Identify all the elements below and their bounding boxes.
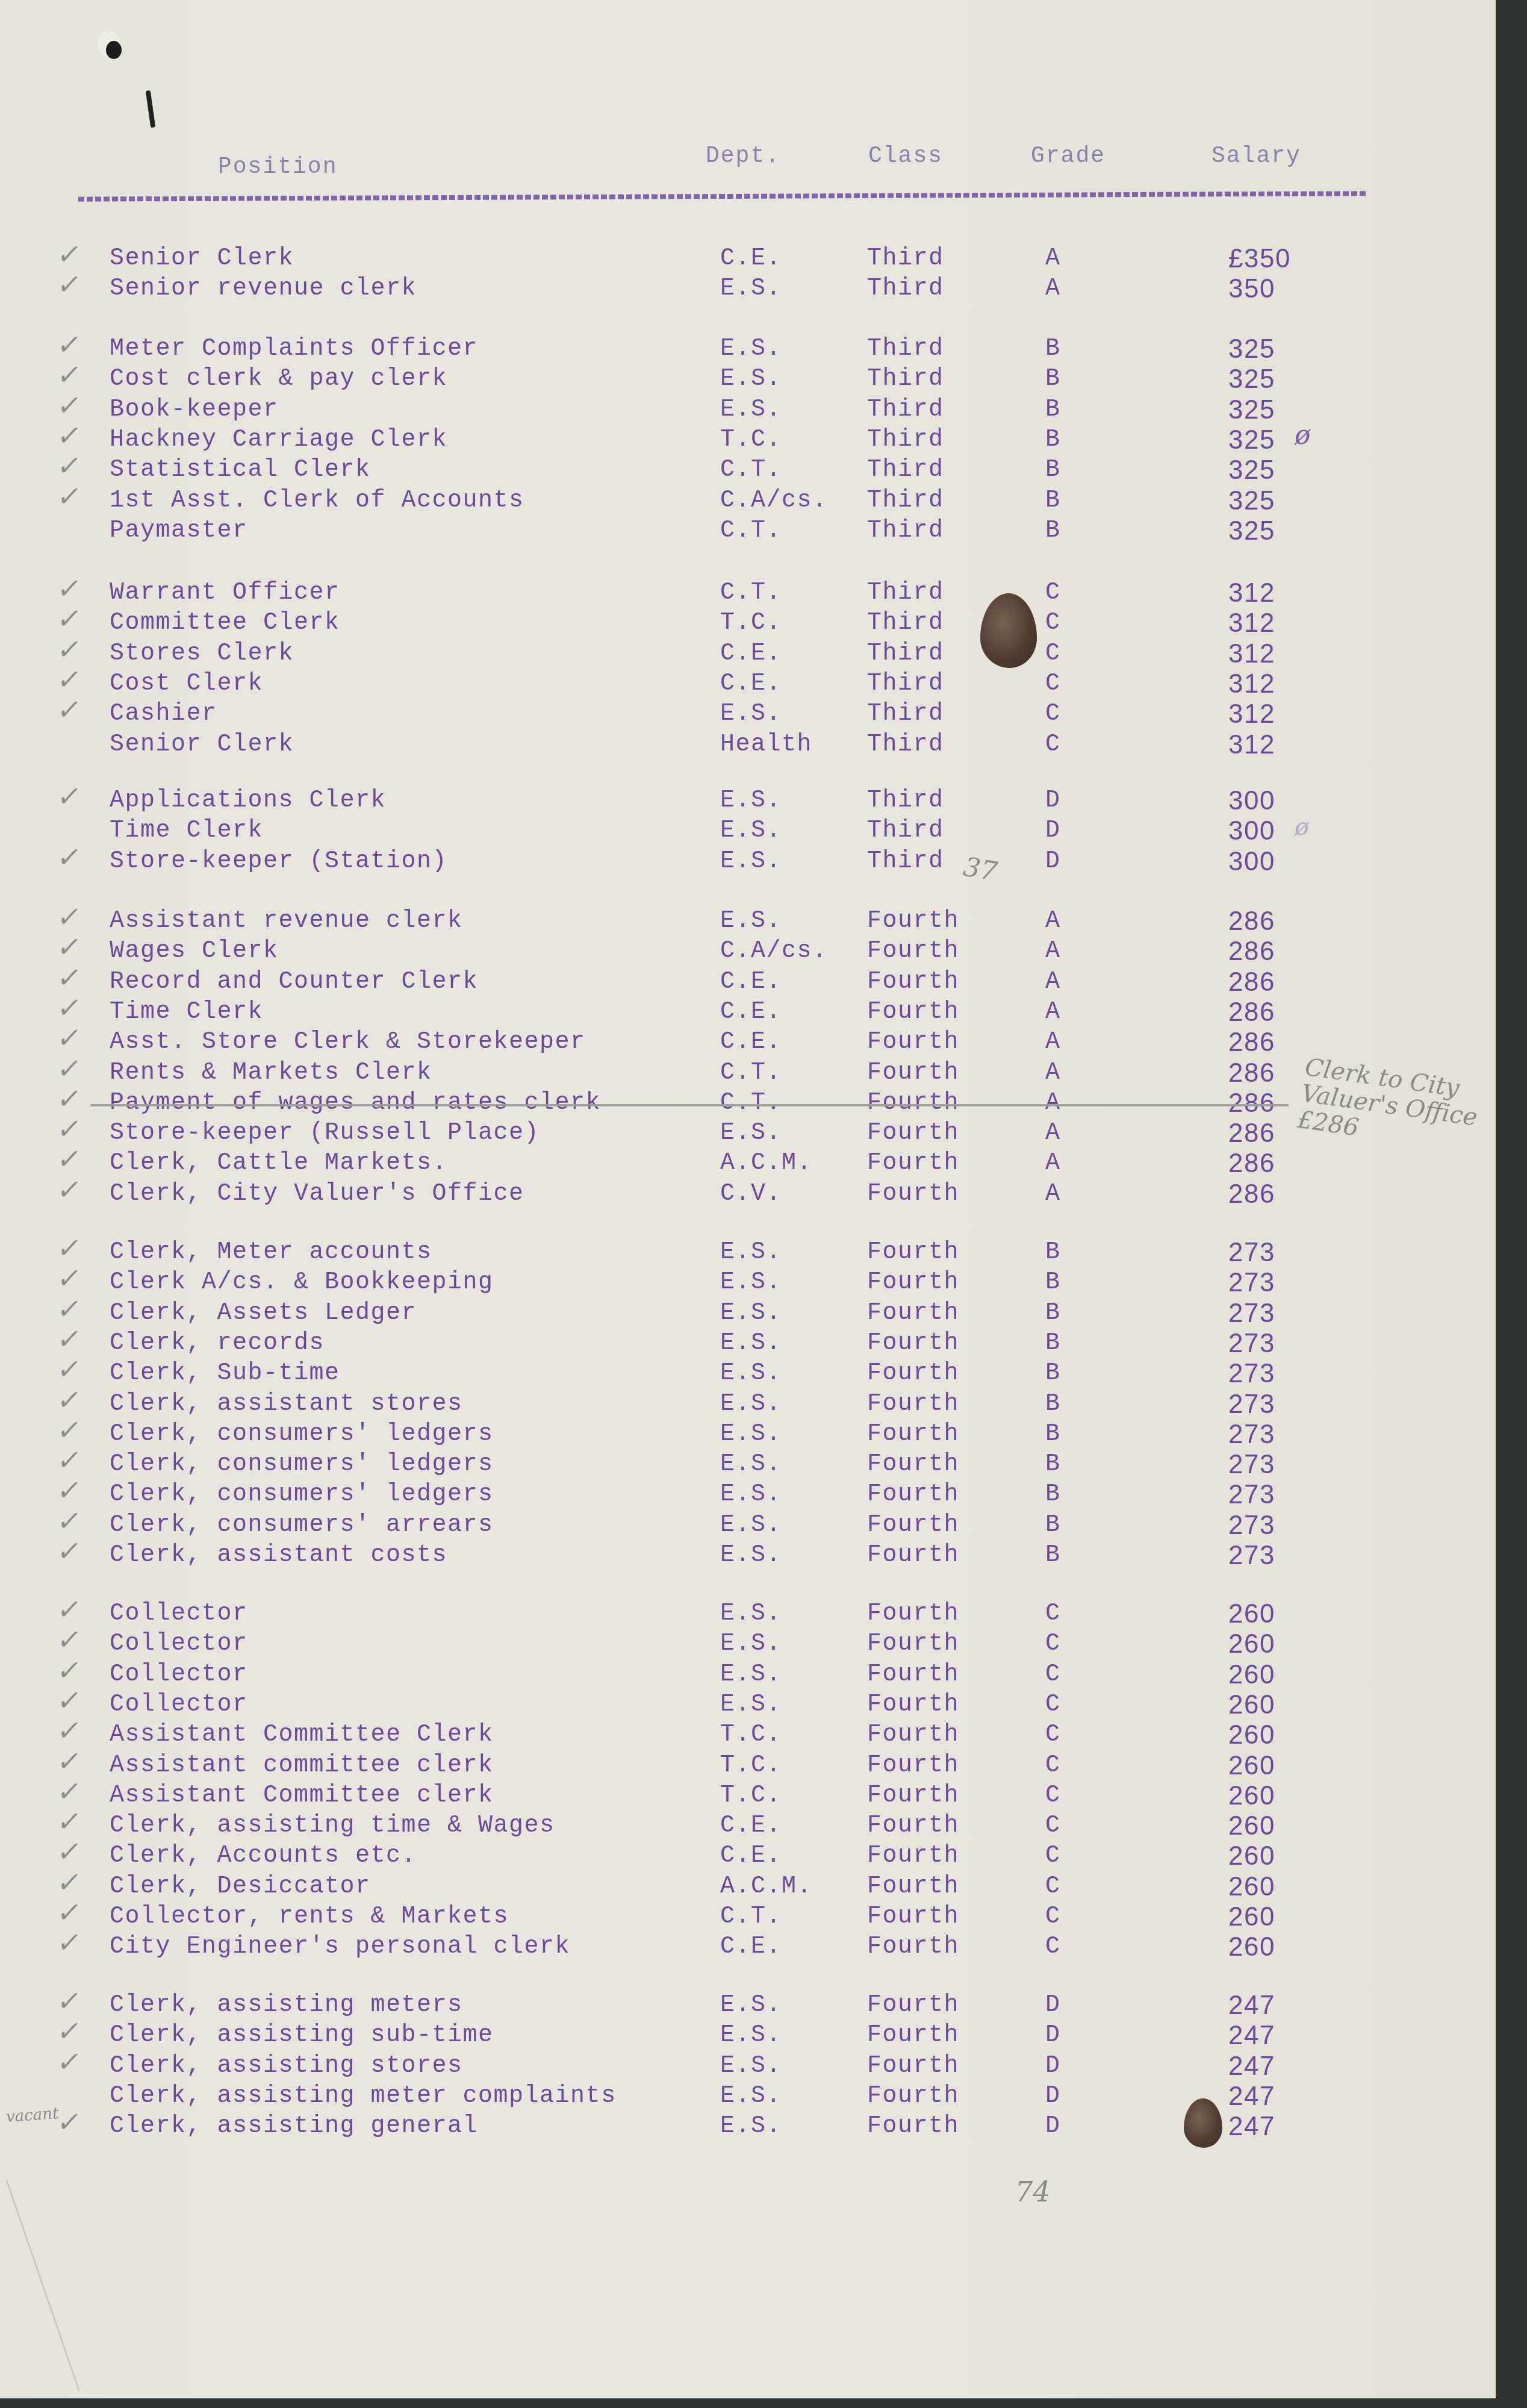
dept-cell: E.S.: [720, 1329, 782, 1359]
position-cell: Clerk, City Valuer's Office: [110, 1179, 524, 1209]
table-row: ✓Clerk, City Valuer's OfficeC.V.FourthA2…: [0, 1179, 1496, 1209]
check-mark-icon: ✓: [55, 1114, 85, 1144]
header-salary: Salary: [1211, 143, 1301, 169]
position-cell: 1st Asst. Clerk of Accounts: [110, 486, 524, 516]
grade-cell: C: [1045, 1902, 1061, 1932]
position-cell: Clerk, Sub-time: [110, 1359, 340, 1389]
salary-cell: 286: [1228, 997, 1275, 1028]
salary-cell: 273: [1228, 1329, 1275, 1359]
salary-cell: 260: [1228, 1720, 1275, 1750]
class-cell: Fourth: [867, 2082, 959, 2112]
grade-cell: D: [1045, 847, 1061, 877]
check-mark-icon: ✓: [55, 962, 85, 993]
check-mark-icon: ✓: [55, 1415, 85, 1445]
check-mark-icon: ✓: [55, 1475, 85, 1505]
class-cell: Third: [867, 274, 944, 304]
class-cell: Fourth: [867, 1599, 959, 1629]
class-cell: Fourth: [867, 1781, 959, 1811]
salary-cell: 286: [1228, 1118, 1275, 1149]
dept-cell: E.S.: [720, 906, 782, 937]
grade-cell: C: [1045, 639, 1061, 669]
salary-cell: 300: [1228, 847, 1275, 877]
check-mark-icon: ✓: [55, 1324, 85, 1354]
table-row: ✓Clerk, assisting storesE.S.FourthD247: [0, 2051, 1496, 2082]
salary-cell: 247: [1228, 2112, 1275, 2142]
position-cell: Payment of wages and rates clerk: [110, 1088, 601, 1118]
class-cell: Fourth: [867, 1932, 959, 1962]
dept-cell: E.S.: [720, 2051, 782, 2082]
table-row: ✓Senior revenue clerkE.S.ThirdA350: [0, 274, 1496, 304]
salary-cell: 286: [1228, 1179, 1275, 1209]
table-row: ✓Stores ClerkC.E.ThirdC312: [0, 639, 1496, 669]
class-cell: Fourth: [867, 1690, 959, 1720]
class-cell: Fourth: [867, 997, 959, 1028]
grade-cell: A: [1045, 1088, 1061, 1118]
salary-cell: 312: [1228, 608, 1275, 638]
dept-cell: E.S.: [720, 1268, 782, 1298]
check-mark-icon: ✓: [55, 2107, 85, 2137]
document-page: Position Dept. Class Grade Salary ✓Senio…: [0, 0, 1496, 2398]
salary-cell: 325: [1228, 455, 1275, 485]
class-cell: Fourth: [867, 1118, 959, 1149]
salary-cell: 260: [1228, 1599, 1275, 1629]
table-row: ✓Clerk, consumers' ledgersE.S.FourthB273: [0, 1450, 1496, 1480]
strike-through-line: [90, 1104, 1289, 1106]
position-cell: Cost clerk & pay clerk: [110, 364, 447, 395]
grade-cell: A: [1045, 906, 1061, 937]
grade-cell: B: [1045, 1299, 1061, 1329]
grade-cell: B: [1045, 455, 1061, 485]
salary-cell: 300: [1228, 786, 1275, 816]
dept-cell: C.T.: [720, 455, 782, 485]
table-row: ✓Collector, rents & MarketsC.T.FourthC26…: [0, 1902, 1496, 1932]
table-row: ✓Assistant Committee ClerkT.C.FourthC260: [0, 1720, 1496, 1750]
grade-cell: C: [1045, 1932, 1061, 1962]
header-class: Class: [868, 143, 943, 169]
class-cell: Third: [867, 486, 944, 516]
table-row: ✓Clerk, recordsE.S.FourthB273: [0, 1329, 1496, 1359]
salary-cell: 350: [1228, 274, 1275, 304]
salary-cell: 286: [1228, 1058, 1275, 1088]
grade-cell: B: [1045, 1329, 1061, 1359]
dept-cell: T.C.: [720, 1720, 782, 1750]
position-cell: Clerk, Meter accounts: [110, 1238, 432, 1268]
dept-cell: E.S.: [720, 1238, 782, 1268]
table-row: ✓Wages ClerkC.A/cs.FourthA286: [0, 937, 1496, 967]
class-cell: Fourth: [867, 1660, 959, 1690]
table-header: Position Dept. Class Grade Salary: [0, 143, 1496, 179]
folio-number: 74: [1015, 2176, 1051, 2208]
table-row: ✓City Engineer's personal clerkC.E.Fourt…: [0, 1932, 1496, 1962]
salary-cell: 286: [1228, 1088, 1275, 1118]
header-rule: [78, 191, 1367, 201]
check-mark-icon: ✓: [55, 1053, 85, 1084]
check-mark-icon: ✓: [55, 694, 85, 725]
grade-cell: C: [1045, 1872, 1061, 1902]
grade-cell: B: [1045, 1511, 1061, 1541]
dept-cell: E.S.: [720, 2112, 782, 2142]
header-dept: Dept.: [706, 143, 780, 169]
class-cell: Fourth: [867, 1902, 959, 1932]
dept-cell: E.S.: [720, 1420, 782, 1450]
grade-cell: B: [1045, 486, 1061, 516]
position-cell: Stores Clerk: [110, 639, 294, 669]
class-cell: Fourth: [867, 1238, 959, 1268]
salary-cell: 260: [1228, 1841, 1275, 1871]
table-row: ✓Clerk, assisting generalE.S.FourthD247: [0, 2112, 1496, 2142]
dept-cell: T.C.: [720, 1781, 782, 1811]
check-mark-icon: ✓: [55, 2016, 85, 2046]
salary-cell: 325: [1228, 516, 1275, 546]
class-cell: Third: [867, 730, 944, 760]
dept-cell: T.C.: [720, 608, 782, 638]
dept-cell: E.S.: [720, 786, 782, 816]
position-cell: Assistant Committee clerk: [110, 1781, 494, 1811]
grade-cell: B: [1045, 1238, 1061, 1268]
table-row: ✓Cost ClerkC.E.ThirdC312: [0, 669, 1496, 699]
check-mark-icon: ✓: [55, 1385, 85, 1415]
grade-cell: B: [1045, 395, 1061, 425]
check-mark-icon: ✓: [55, 634, 85, 664]
vacant-mark: vacant: [5, 2104, 59, 2126]
table-row: ✓Assistant revenue clerkE.S.FourthA286: [0, 906, 1496, 937]
table-row: ✓Clerk, Sub-timeE.S.FourthB273: [0, 1359, 1496, 1389]
check-mark-icon: ✓: [55, 1806, 85, 1836]
header-position: Position: [218, 154, 337, 180]
dept-cell: C.A/cs.: [720, 937, 828, 967]
class-cell: Third: [867, 425, 944, 455]
position-cell: Applications Clerk: [110, 786, 386, 816]
dept-cell: E.S.: [720, 364, 782, 395]
position-cell: Senior revenue clerk: [110, 274, 417, 304]
table-row: ✓Clerk, Cattle Markets.A.C.M.FourthA286: [0, 1149, 1496, 1179]
class-cell: Fourth: [867, 1450, 959, 1480]
salary-cell: 247: [1228, 2082, 1275, 2112]
grade-cell: B: [1045, 334, 1061, 364]
salary-cell: 273: [1228, 1450, 1275, 1480]
salary-cell: 300: [1228, 816, 1275, 846]
grade-cell: D: [1045, 2051, 1061, 2082]
position-cell: Clerk, assisting sub-time: [110, 2021, 494, 2051]
grade-cell: C: [1045, 669, 1061, 699]
check-mark-icon: ✓: [55, 1536, 85, 1566]
class-cell: Third: [867, 669, 944, 699]
grade-cell: B: [1045, 1541, 1061, 1571]
grade-cell: C: [1045, 699, 1061, 729]
position-cell: Clerk, assisting meters: [110, 1991, 463, 2021]
salary-cell: 312: [1228, 699, 1275, 729]
table-row: ✓Clerk, Meter accountsE.S.FourthB273: [0, 1238, 1496, 1268]
salary-cell: 325: [1228, 334, 1275, 364]
salary-cell: 273: [1228, 1299, 1275, 1329]
table-row: ✓CashierE.S.ThirdC312: [0, 699, 1496, 729]
class-cell: Fourth: [867, 1179, 959, 1209]
class-cell: Third: [867, 395, 944, 425]
grade-cell: D: [1045, 2021, 1061, 2051]
check-mark-icon: ✓: [55, 1023, 85, 1053]
grade-cell: B: [1045, 516, 1061, 546]
grade-cell: A: [1045, 1179, 1061, 1209]
class-cell: Fourth: [867, 1841, 959, 1871]
dept-cell: T.C.: [720, 425, 782, 455]
grade-cell: C: [1045, 1841, 1061, 1871]
position-cell: Cashier: [110, 699, 217, 729]
class-cell: Fourth: [867, 1629, 959, 1659]
salary-cell: 286: [1228, 967, 1275, 997]
dept-cell: C.E.: [720, 1841, 782, 1871]
check-mark-icon: ✓: [55, 1715, 85, 1745]
check-mark-icon: ✓: [55, 1986, 85, 2016]
check-mark-icon: ✓: [55, 664, 85, 694]
position-cell: Clerk, consumers' ledgers: [110, 1420, 494, 1450]
class-cell: Third: [867, 578, 944, 608]
check-mark-icon: ✓: [55, 842, 85, 872]
class-cell: Third: [867, 786, 944, 816]
salary-cell: 286: [1228, 937, 1275, 967]
grade-cell: C: [1045, 1781, 1061, 1811]
position-cell: Collector: [110, 1629, 248, 1659]
salary-cell: 273: [1228, 1480, 1275, 1510]
check-mark-icon: ✓: [55, 1144, 85, 1174]
check-mark-icon: ✓: [55, 1685, 85, 1715]
check-mark-icon: ✓: [55, 1174, 85, 1205]
position-cell: Clerk, consumers' ledgers: [110, 1480, 494, 1510]
class-cell: Fourth: [867, 1359, 959, 1389]
table-row: ✓Statistical ClerkC.T.ThirdB325: [0, 455, 1496, 485]
position-cell: Collector, rents & Markets: [110, 1902, 509, 1932]
grade-cell: D: [1045, 2112, 1061, 2142]
grade-cell: C: [1045, 578, 1061, 608]
table-row: ✓Committee ClerkT.C.ThirdC312: [0, 608, 1496, 638]
table-row: ✓Senior ClerkC.E.ThirdA£350: [0, 244, 1496, 274]
check-mark-icon: ✓: [55, 481, 85, 511]
class-cell: Fourth: [867, 2051, 959, 2082]
grade-cell: A: [1045, 1058, 1061, 1088]
dept-cell: E.S.: [720, 1991, 782, 2021]
table-row: ✓Store-keeper (Station)E.S.ThirdD300: [0, 847, 1496, 877]
check-mark-icon: ✓: [55, 993, 85, 1023]
position-cell: Clerk, assistant costs: [110, 1541, 447, 1571]
grade-cell: D: [1045, 786, 1061, 816]
dept-cell: C.E.: [720, 1028, 782, 1058]
dept-cell: E.S.: [720, 2082, 782, 2112]
table-row: ✓Clerk, consumers' ledgersE.S.FourthB273: [0, 1420, 1496, 1450]
position-cell: Hackney Carriage Clerk: [110, 425, 447, 455]
position-cell: Assistant Committee Clerk: [110, 1720, 494, 1750]
position-cell: Collector: [110, 1599, 248, 1629]
salary-cell: 247: [1228, 1991, 1275, 2021]
table-row: ✓CollectorE.S.FourthC260: [0, 1660, 1496, 1690]
check-mark-icon: ✓: [55, 1836, 85, 1867]
class-cell: Fourth: [867, 1751, 959, 1781]
grade-cell: C: [1045, 1811, 1061, 1841]
check-mark-icon: ✓: [55, 573, 85, 604]
dept-cell: C.E.: [720, 1932, 782, 1962]
table-row: ✓Assistant Committee clerkT.C.FourthC260: [0, 1781, 1496, 1811]
table-row: ✓Assistant committee clerkT.C.FourthC260: [0, 1751, 1496, 1781]
position-cell: Collector: [110, 1690, 248, 1720]
position-cell: Store-keeper (Station): [110, 847, 447, 877]
class-cell: Fourth: [867, 906, 959, 937]
dept-cell: C.E.: [720, 639, 782, 669]
table-row: ✓Book-keeperE.S.ThirdB325: [0, 395, 1496, 425]
class-cell: Fourth: [867, 1511, 959, 1541]
salary-cell: 260: [1228, 1751, 1275, 1781]
grade-cell: A: [1045, 937, 1061, 967]
dept-cell: E.S.: [720, 334, 782, 364]
salary-cell: 273: [1228, 1511, 1275, 1541]
salary-cell: 260: [1228, 1902, 1275, 1932]
class-cell: Third: [867, 334, 944, 364]
class-cell: Fourth: [867, 1541, 959, 1571]
table-row: ✓Clerk, assisting sub-timeE.S.FourthD247: [0, 2021, 1496, 2051]
dept-cell: C.E.: [720, 1811, 782, 1841]
class-cell: Fourth: [867, 1480, 959, 1510]
class-cell: Fourth: [867, 1872, 959, 1902]
position-cell: Committee Clerk: [110, 608, 340, 638]
class-cell: Fourth: [867, 937, 959, 967]
dept-cell: E.S.: [720, 1511, 782, 1541]
dept-cell: E.S.: [720, 274, 782, 304]
grade-cell: B: [1045, 1359, 1061, 1389]
grade-cell: C: [1045, 1599, 1061, 1629]
dept-cell: E.S.: [720, 395, 782, 425]
grade-cell: D: [1045, 2082, 1061, 2112]
table-row: ✓Clerk, Assets LedgerE.S.FourthB273: [0, 1299, 1496, 1329]
salary-cell: 273: [1228, 1541, 1275, 1571]
table-row: Clerk, assisting meter complaintsE.S.Fou…: [0, 2082, 1496, 2112]
dept-cell: E.S.: [720, 1541, 782, 1571]
check-mark-icon: ✓: [55, 269, 85, 299]
position-cell: Clerk, consumers' arrears: [110, 1511, 494, 1541]
table-row: ✓Clerk A/cs. & BookkeepingE.S.FourthB273: [0, 1268, 1496, 1298]
check-mark-icon: ✓: [55, 1445, 85, 1475]
dept-cell: C.T.: [720, 1058, 782, 1088]
position-cell: Assistant revenue clerk: [110, 906, 463, 937]
check-mark-icon: ✓: [55, 1506, 85, 1536]
position-cell: Clerk, consumers' ledgers: [110, 1450, 494, 1480]
position-cell: City Engineer's personal clerk: [110, 1932, 570, 1962]
check-mark-icon: ✓: [55, 1594, 85, 1624]
class-cell: Fourth: [867, 1420, 959, 1450]
grade-cell: A: [1045, 967, 1061, 997]
page-fold-crease: [6, 2180, 79, 2391]
check-mark-icon: ✓: [55, 1897, 85, 1927]
position-cell: Record and Counter Clerk: [110, 967, 478, 997]
grade-cell: B: [1045, 364, 1061, 395]
salary-cell: 286: [1228, 1028, 1275, 1058]
dept-cell: C.E.: [720, 967, 782, 997]
table-row: ✓Payment of wages and rates clerkC.T.Fou…: [0, 1088, 1496, 1118]
table-row: ✓Clerk, consumers' arrearsE.S.FourthB273: [0, 1511, 1496, 1541]
position-cell: Clerk A/cs. & Bookkeeping: [110, 1268, 494, 1298]
salary-cell: 260: [1228, 1660, 1275, 1690]
salary-cell: 260: [1228, 1690, 1275, 1720]
header-grade: Grade: [1031, 143, 1106, 169]
dept-cell: E.S.: [720, 1450, 782, 1480]
position-cell: Senior Clerk: [110, 730, 294, 760]
table-row: ✓Record and Counter ClerkC.E.FourthA286: [0, 967, 1496, 997]
table-row: ✓Clerk, consumers' ledgersE.S.FourthB273: [0, 1480, 1496, 1510]
grade-cell: B: [1045, 1390, 1061, 1420]
grade-cell: A: [1045, 274, 1061, 304]
position-cell: Statistical Clerk: [110, 455, 371, 485]
check-mark-icon: ✓: [55, 1084, 85, 1114]
grade-cell: D: [1045, 1991, 1061, 2021]
position-cell: Clerk, assisting meter complaints: [110, 2082, 617, 2112]
salary-cell: 312: [1228, 578, 1275, 608]
position-cell: Store-keeper (Russell Place): [110, 1118, 540, 1149]
dept-cell: E.S.: [720, 1660, 782, 1690]
position-cell: Meter Complaints Officer: [110, 334, 478, 364]
dept-cell: C.T.: [720, 1902, 782, 1932]
grade-cell: B: [1045, 1450, 1061, 1480]
position-cell: Clerk, Cattle Markets.: [110, 1149, 447, 1179]
table-row: ✓Clerk, assistant costsE.S.FourthB273: [0, 1541, 1496, 1571]
class-cell: Third: [867, 608, 944, 638]
position-cell: Asst. Store Clerk & Storekeeper: [110, 1028, 586, 1058]
check-mark-icon: ✓: [55, 1746, 85, 1776]
table-row: ✓Meter Complaints OfficerE.S.ThirdB325: [0, 334, 1496, 364]
table-row: ✓Applications ClerkE.S.ThirdD300: [0, 786, 1496, 816]
dept-cell: E.S.: [720, 1118, 782, 1149]
table-row: ✓CollectorE.S.FourthC260: [0, 1629, 1496, 1659]
check-mark-icon: ✓: [55, 1776, 85, 1806]
table-row: ✓Clerk, assisting time & WagesC.E.Fourth…: [0, 1811, 1496, 1841]
grade-cell: B: [1045, 1420, 1061, 1450]
salary-cell: 260: [1228, 1781, 1275, 1811]
class-cell: Fourth: [867, 1299, 959, 1329]
grade-cell: C: [1045, 1751, 1061, 1781]
dept-cell: E.S.: [720, 699, 782, 729]
position-cell: Collector: [110, 1660, 248, 1690]
position-cell: Clerk, Accounts etc.: [110, 1841, 417, 1871]
check-mark-icon: ✓: [55, 1655, 85, 1685]
class-cell: Third: [867, 816, 944, 846]
position-cell: Clerk, Desiccator: [110, 1872, 371, 1902]
check-mark-icon: ✓: [55, 902, 85, 932]
salary-cell: 286: [1228, 1149, 1275, 1179]
grade-cell: C: [1045, 608, 1061, 638]
dept-cell: E.S.: [720, 2021, 782, 2051]
dept-cell: C.A/cs.: [720, 486, 828, 516]
grade-cell: C: [1045, 1629, 1061, 1659]
salary-cell: 247: [1228, 2021, 1275, 2051]
class-cell: Fourth: [867, 1329, 959, 1359]
dept-cell: E.S.: [720, 1390, 782, 1420]
class-cell: Fourth: [867, 2112, 959, 2142]
class-cell: Third: [867, 244, 944, 274]
table-row: ✓CollectorE.S.FourthC260: [0, 1690, 1496, 1720]
check-mark-icon: ✓: [55, 1624, 85, 1655]
class-cell: Fourth: [867, 1811, 959, 1841]
position-cell: Clerk, records: [110, 1329, 325, 1359]
salary-cell: 273: [1228, 1359, 1275, 1389]
position-cell: Paymaster: [110, 516, 248, 546]
salary-cell: 273: [1228, 1268, 1275, 1298]
grade-cell: A: [1045, 244, 1061, 274]
check-mark-icon: ✓: [55, 604, 85, 634]
table-row: ✓Clerk, assisting metersE.S.FourthD247: [0, 1991, 1496, 2021]
table-row: ✓Time ClerkC.E.FourthA286: [0, 997, 1496, 1028]
dept-cell: C.T.: [720, 516, 782, 546]
salary-mark: ø: [1295, 813, 1309, 841]
position-cell: Cost Clerk: [110, 669, 263, 699]
check-mark-icon: ✓: [55, 1233, 85, 1263]
class-cell: Fourth: [867, 1268, 959, 1298]
position-cell: Assistant committee clerk: [110, 1751, 494, 1781]
class-cell: Fourth: [867, 967, 959, 997]
